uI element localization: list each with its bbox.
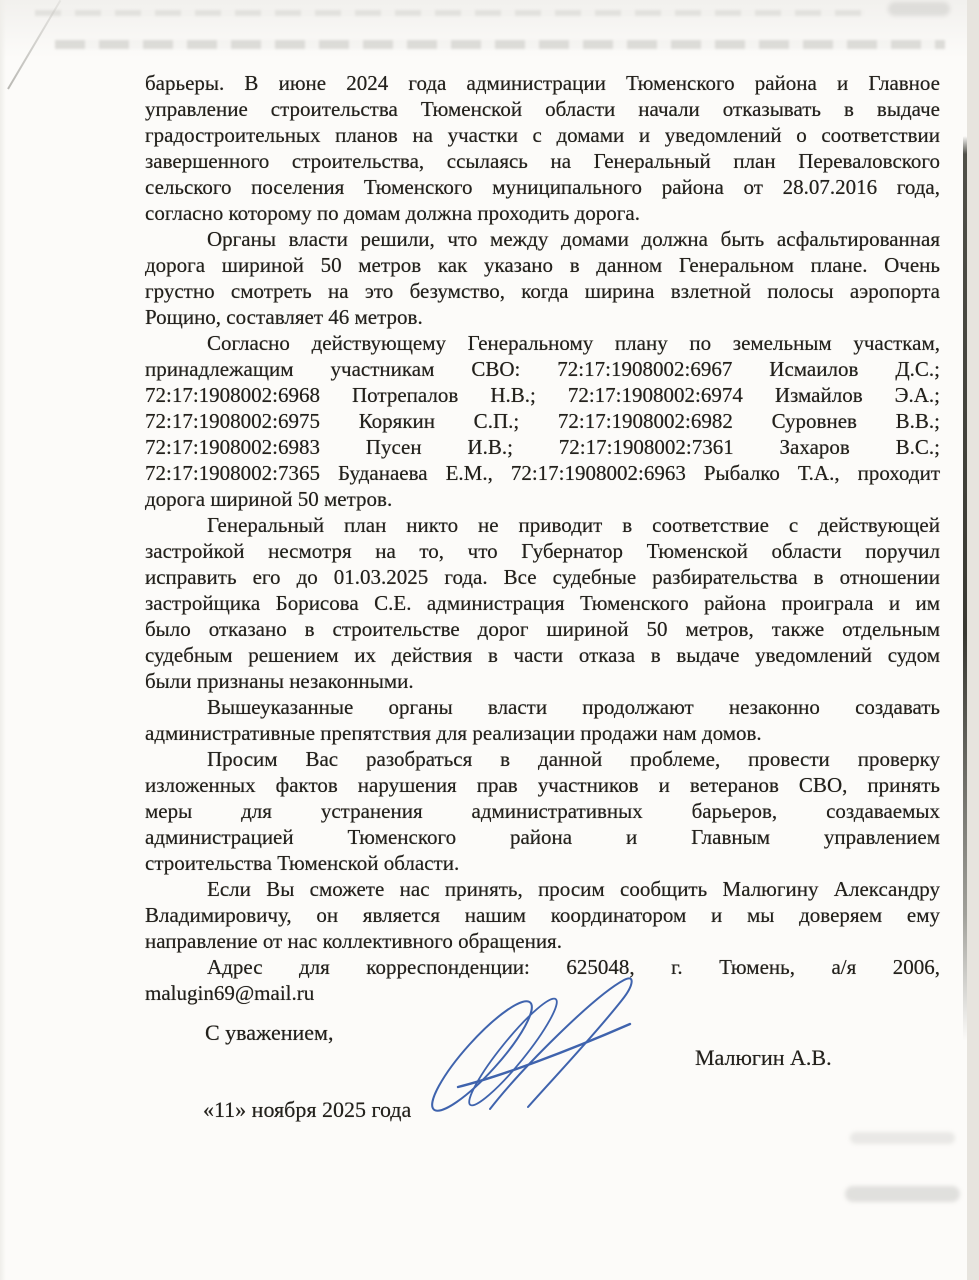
paragraph: Согласно действующему Генеральному плану… — [145, 330, 940, 512]
text-line: барьеры. В июне 2024 года администрации … — [145, 70, 940, 96]
text-line: меры для устранения административных бар… — [145, 798, 940, 824]
text-line: изложенных фактов нарушения прав участни… — [145, 772, 940, 798]
scan-streak — [35, 10, 865, 16]
text-line: Органы власти решили, что между домами д… — [145, 226, 940, 252]
paragraph: Органы власти решили, что между домами д… — [145, 226, 940, 330]
text-line: принадлежащим участникам СВО: 72:17:1908… — [145, 356, 940, 382]
scan-left-edge — [0, 0, 6, 1280]
text-line: административные препятствия для реализа… — [145, 720, 940, 746]
text-line: Вышеуказанные органы власти продолжают н… — [145, 694, 940, 720]
letter-body: барьеры. В июне 2024 года администрации … — [145, 70, 940, 1006]
scan-smudge — [850, 1132, 955, 1144]
scan-edge-shadow-line — [963, 136, 967, 1041]
paragraph: барьеры. В июне 2024 года администрации … — [145, 70, 940, 226]
text-line: застройкой несмотря на то, что Губернато… — [145, 538, 940, 564]
text-line: 72:17:1908002:7365 Буданаева Е.М., 72:17… — [145, 460, 940, 486]
text-line: администрацией Тюменского района и Главн… — [145, 824, 940, 850]
text-line: были признаны незаконными. — [145, 668, 940, 694]
text-line: Согласно действующему Генеральному плану… — [145, 330, 940, 356]
scan-top-shadow — [0, 0, 979, 58]
scan-streak — [55, 40, 945, 49]
paragraph: Генеральный план никто не приводит в соо… — [145, 512, 940, 694]
salutation-text: С уважением, — [205, 1020, 333, 1046]
text-line: управление строительства Тюменской облас… — [145, 96, 940, 122]
text-line: Просим Вас разобраться в данной проблеме… — [145, 746, 940, 772]
text-line: грустно смотреть на это безумство, когда… — [145, 278, 940, 304]
paragraph: Вышеуказанные органы власти продолжают н… — [145, 694, 940, 746]
date-text: «11» ноября 2025 года — [203, 1097, 411, 1123]
text-line: 72:17:1908002:6975 Корякин С.П.; 72:17:1… — [145, 408, 940, 434]
text-line: было отказано в строительстве дорог шири… — [145, 616, 940, 642]
text-line: 72:17:1908002:6983 Пусен И.В.; 72:17:190… — [145, 434, 940, 460]
text-line: дорога шириной 50 метров как указано в д… — [145, 252, 940, 278]
text-line: Генеральный план никто не приводит в соо… — [145, 512, 940, 538]
signer-name: Малюгин А.В. — [695, 1045, 832, 1071]
scan-right-edge — [967, 0, 979, 1280]
handwritten-signature-icon — [418, 968, 643, 1118]
text-line: дорога шириной 50 метров. — [145, 486, 940, 512]
scan-smudge — [888, 2, 950, 16]
text-line: градостроительных планов на участки с до… — [145, 122, 940, 148]
text-line: строительства Тюменской области. — [145, 850, 940, 876]
text-line: согласно которому по домам должна проход… — [145, 200, 940, 226]
text-line: направление от нас коллективного обращен… — [145, 928, 940, 954]
scan-corner-crease — [7, 0, 61, 90]
scanned-letter-page: барьеры. В июне 2024 года администрации … — [0, 0, 979, 1280]
text-line: исправить его до 01.03.2025 года. Все су… — [145, 564, 940, 590]
text-line: судебным решением их действия в части от… — [145, 642, 940, 668]
text-line: Владимировичу, он является нашим координ… — [145, 902, 940, 928]
text-line: завершенного строительства, ссылаясь на … — [145, 148, 940, 174]
text-line: 72:17:1908002:6968 Потрепалов Н.В.; 72:1… — [145, 382, 940, 408]
text-line: Если Вы сможете нас принять, просим сооб… — [145, 876, 940, 902]
paragraph: Если Вы сможете нас принять, просим сооб… — [145, 876, 940, 954]
text-line: застройщика Борисова С.Е. администрация … — [145, 590, 940, 616]
text-line: сельского поселения Тюменского муниципал… — [145, 174, 940, 200]
text-line: Рощино, составляет 46 метров. — [145, 304, 940, 330]
paragraph: Просим Вас разобраться в данной проблеме… — [145, 746, 940, 876]
scan-smudge — [845, 1186, 960, 1202]
